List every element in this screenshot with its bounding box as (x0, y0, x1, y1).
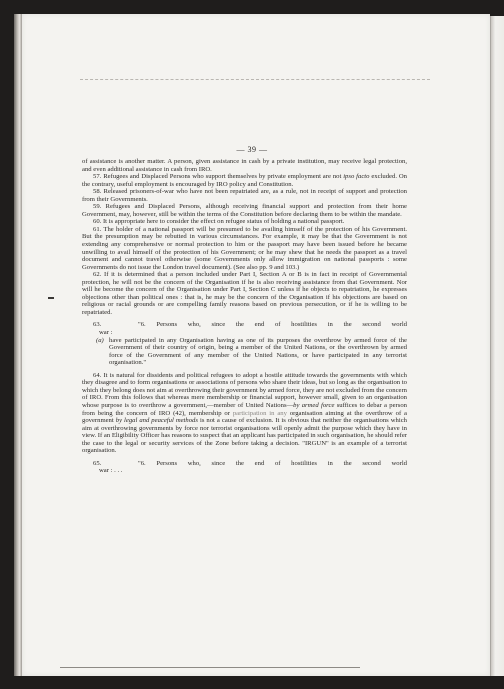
scanned-page-view: — 39 — of assistance is another matter. … (0, 0, 504, 689)
facing-page-edge (490, 16, 504, 676)
text-run: 57. Refugees and Displaced Persons who s… (93, 173, 343, 180)
paragraph-58: 58. Released prisoners-of-war who have n… (82, 188, 407, 203)
quote-head: 65. "6. Persons who, since the end of ho… (82, 460, 407, 468)
paragraph-59: 59. Refugees and Displaced Persons, alth… (82, 203, 407, 218)
page-stack-edge (14, 14, 22, 676)
italic-text: by armed force (293, 402, 334, 409)
faded-text: participation in any (233, 410, 287, 417)
item-label: (a) (96, 337, 109, 367)
quote-continuation: war : (82, 329, 407, 337)
bleed-through-rule (80, 79, 430, 80)
margin-mark (48, 297, 54, 299)
paragraph-63: 63. "6. Persons who, since the end of ho… (82, 321, 407, 366)
italic-text: by legal and peaceful methods (116, 417, 198, 424)
quote-head: 63. "6. Persons who, since the end of ho… (82, 321, 407, 329)
paragraph-64: 64. It is natural for dissidents and pol… (82, 372, 407, 455)
page-number: — 39 — (0, 145, 504, 154)
paragraph-61: 61. The holder of a national passport wi… (82, 226, 407, 271)
paragraph-65: 65. "6. Persons who, since the end of ho… (82, 460, 407, 475)
item-text: have participated in any Organisation ha… (109, 337, 407, 367)
paragraph-56-continued: of assistance is another matter. A perso… (82, 158, 407, 173)
bottom-rule (60, 667, 360, 668)
quote-continuation: war : . . . (82, 467, 407, 475)
italic-text: ipso facto (343, 173, 369, 180)
quote-item-a: (a) have participated in any Organisatio… (82, 337, 407, 367)
paragraph-number: 63. (82, 321, 138, 329)
paragraph-number: 65. (82, 460, 138, 468)
paragraph-62: 62. If it is determined that a person in… (82, 271, 407, 316)
paragraph-60: 60. It is appropriate here to consider t… (82, 218, 407, 226)
paragraph-57: 57. Refugees and Displaced Persons who s… (82, 173, 407, 188)
quote-first-line: "6. Persons who, since the end of hostil… (138, 321, 407, 329)
quote-first-line: "6. Persons who, since the end of hostil… (138, 460, 407, 468)
body-text: of assistance is another matter. A perso… (82, 158, 407, 475)
